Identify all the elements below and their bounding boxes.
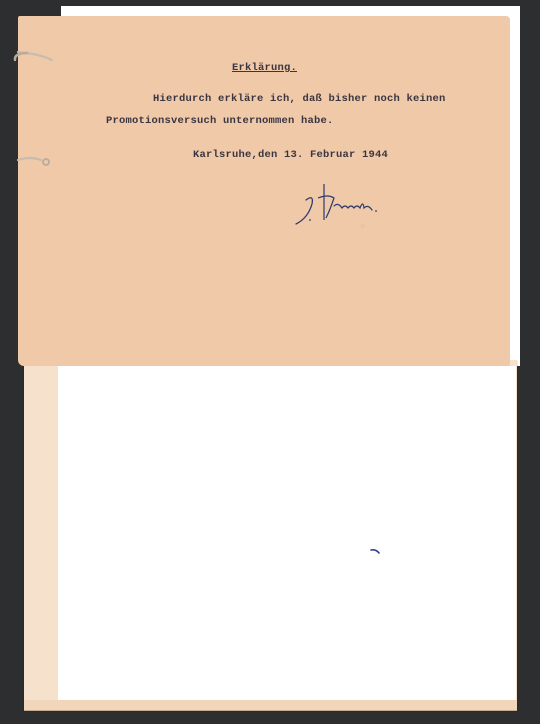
- handwritten-signature-icon: [290, 180, 385, 230]
- under-sheet-bottom-edge: [24, 700, 517, 711]
- string-binding-top-icon: [10, 48, 56, 68]
- declaration-line-1: Hierdurch erkläre ich, daß bisher noch k…: [153, 93, 446, 105]
- back-sheet-right-edge: [510, 16, 520, 366]
- document-title: Erklärung.: [232, 62, 297, 74]
- pen-mark-icon: [370, 548, 380, 554]
- place-date-line: Karlsruhe,den 13. Februar 1944: [193, 149, 388, 161]
- string-binding-bottom-icon: [15, 152, 55, 168]
- under-sheet-blank-page: [58, 366, 516, 700]
- declaration-line-2: Promotionsversuch unternommen habe.: [106, 115, 334, 127]
